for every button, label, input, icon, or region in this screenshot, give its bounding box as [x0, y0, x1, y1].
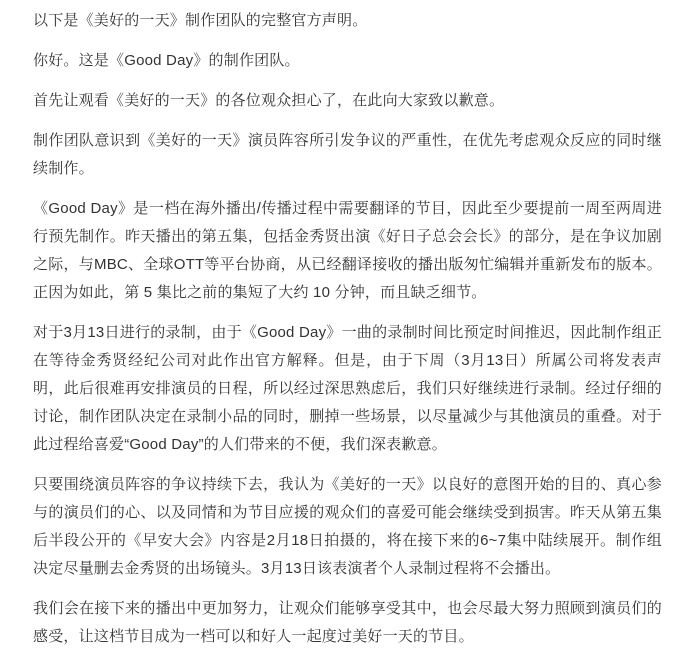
statement-paragraph-production-details: 《Good Day》是一档在海外播出/传播过程中需要翻译的节目，因此至少要提前一…: [33, 195, 662, 307]
statement-apology-line: 首先让观看《美好的一天》的各位观众担心了，在此向大家致以歉意。: [33, 87, 662, 115]
statement-paragraph-recording-decision: 对于3月13日进行的录制，由于《Good Day》一曲的录制时间比预定时间推迟，…: [33, 319, 662, 459]
statement-greeting: 你好。这是《Good Day》的制作团队。: [33, 47, 662, 75]
statement-closing-line: 我们会在接下来的播出中更加努力，让观众们能够享受其中，也会尽最大努力照顾到演员们…: [33, 595, 662, 651]
statement-intro-line: 以下是《美好的一天》制作团队的完整官方声明。: [33, 7, 662, 35]
statement-paragraph-future-episodes: 只要围绕演员阵容的争议持续下去，我认为《美好的一天》以良好的意图开始的目的、真心…: [33, 471, 662, 583]
statement-awareness-line: 制作团队意识到《美好的一天》演员阵容所引发争议的严重性，在优先考虑观众反应的同时…: [33, 127, 662, 183]
official-statement-document: 以下是《美好的一天》制作团队的完整官方声明。 你好。这是《Good Day》的制…: [0, 0, 690, 651]
